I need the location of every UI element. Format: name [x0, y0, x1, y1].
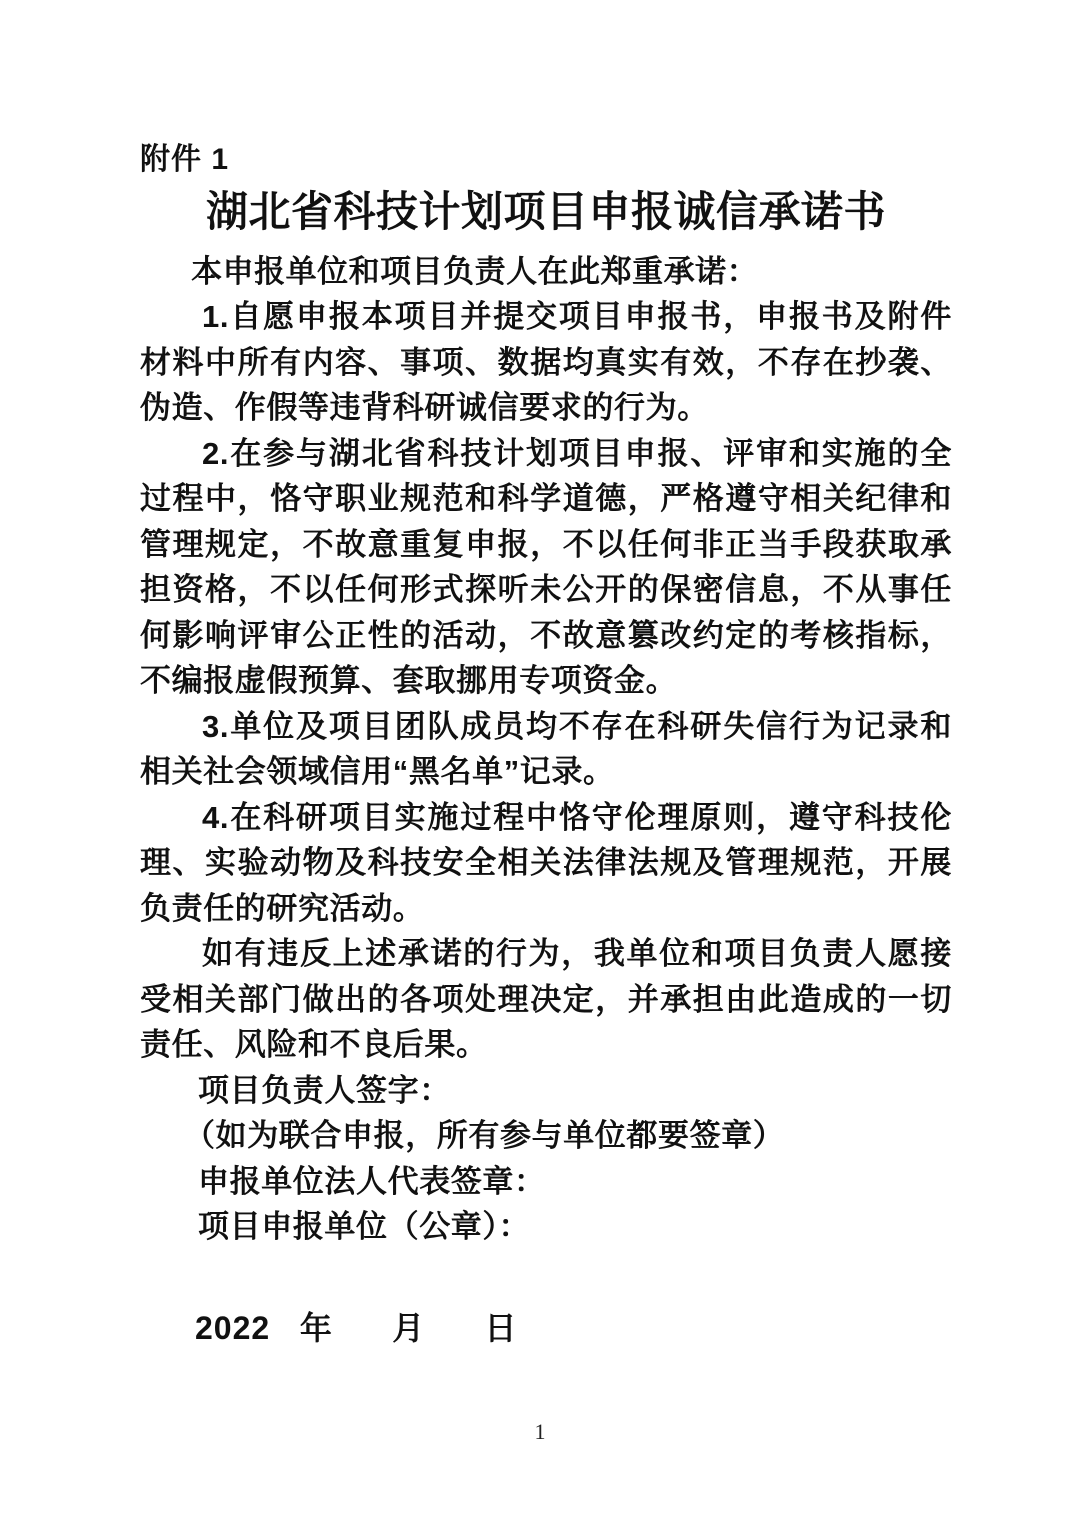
commitment-paragraph-2: 2.在参与湖北省科技计划项目申报、评审和实施的全过程中，恪守职业规范和科学道德，…: [140, 431, 952, 704]
commitment-paragraph-4: 4.在科研项目实施过程中恪守伦理原则，遵守科技伦理、实验动物及科技安全相关法律法…: [140, 795, 952, 932]
document-title: 湖北省科技计划项目申报诚信承诺书: [140, 184, 952, 240]
signature-line-applicant-unit-seal: 项目申报单位（公章）：: [140, 1204, 952, 1250]
signature-line-legal-representative: 申报单位法人代表签章：: [140, 1159, 952, 1205]
pledge-intro: 本申报单位和项目负责人在此郑重承诺：: [140, 249, 952, 294]
commitment-paragraph-3: 3.单位及项目团队成员均不存在科研失信行为记录和相关社会领域信用“黑名单”记录。: [140, 704, 952, 795]
attachment-label: 附件 1: [140, 138, 952, 182]
date-line: 2022 年 月 日: [140, 1306, 952, 1351]
page-number: 1: [0, 1419, 1080, 1445]
commitment-paragraph-1: 1.自愿申报本项目并提交项目申报书，申报书及附件材料中所有内容、事项、数据均真实…: [140, 294, 952, 431]
liability-paragraph: 如有违反上述承诺的行为，我单位和项目负责人愿接受相关部门做出的各项处理决定，并承…: [140, 931, 952, 1068]
joint-application-note: （如为联合申报，所有参与单位都要签章）: [140, 1113, 952, 1159]
signature-line-project-leader: 项目负责人签字：: [140, 1068, 952, 1114]
document-page: 附件 1 湖北省科技计划项目申报诚信承诺书 本申报单位和项目负责人在此郑重承诺：…: [0, 0, 1080, 1527]
